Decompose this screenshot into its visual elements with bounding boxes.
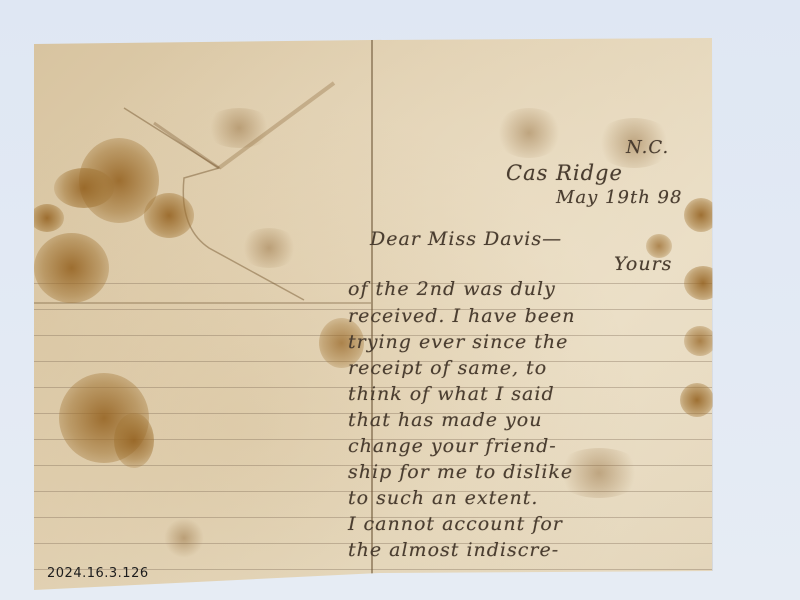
heading-date: May 19th 98: [556, 187, 682, 208]
accession-number-label: 2024.16.3.126: [47, 566, 149, 581]
stain: [34, 233, 109, 303]
letter-line: the almost indiscre-: [348, 539, 559, 561]
heading-state: N.C.: [626, 137, 669, 158]
stain: [684, 326, 716, 356]
letter-line: think of what I said: [348, 383, 555, 405]
letter-line: of the 2nd was duly: [348, 278, 556, 300]
horizontal-fold: [34, 302, 371, 304]
stain: [684, 198, 718, 232]
stain: [204, 108, 274, 148]
heading-place: Cas Ridge: [506, 161, 623, 185]
letter-line: I cannot account for: [348, 513, 563, 535]
stain: [30, 204, 64, 232]
stain: [54, 168, 114, 208]
letter-line: trying ever since the: [348, 331, 568, 353]
letter-line: to such an extent.: [348, 487, 538, 509]
stain: [684, 266, 722, 300]
stain: [144, 193, 194, 238]
letter-line: change your friend-: [348, 435, 557, 457]
stain: [494, 108, 564, 158]
letter-line: Yours: [614, 253, 672, 275]
stain: [680, 383, 714, 417]
letter-line: receipt of same, to: [348, 357, 547, 379]
letter-line: ship for me to dislike: [348, 461, 573, 483]
salutation: Dear Miss Davis—: [370, 228, 562, 250]
stain: [239, 228, 299, 268]
stain: [164, 518, 204, 558]
stain: [114, 413, 154, 468]
letter-line: received. I have been: [348, 305, 576, 327]
letter-line: that has made you: [348, 409, 542, 431]
